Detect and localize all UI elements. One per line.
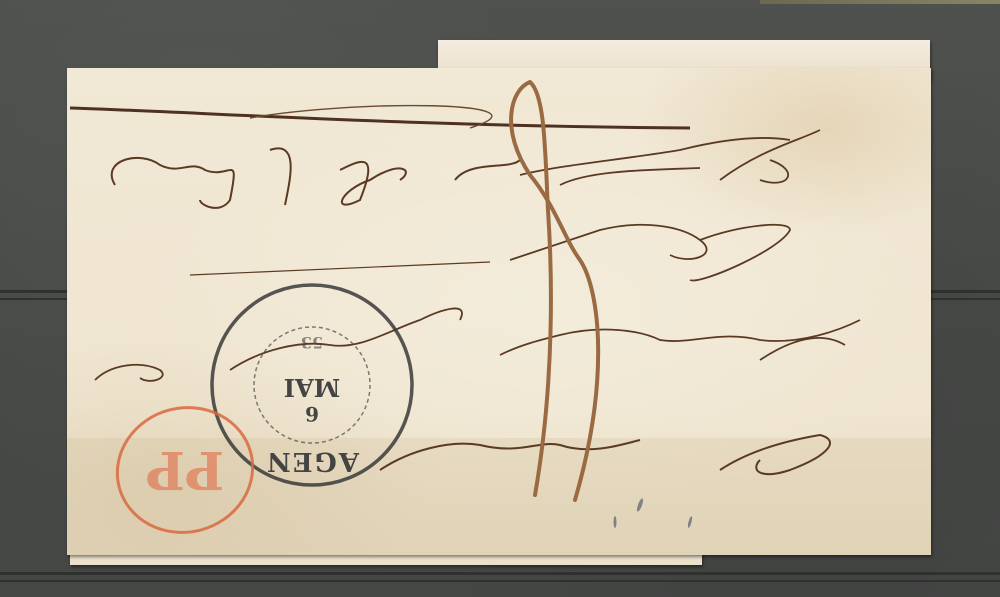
address-line-4-script xyxy=(112,148,520,207)
address-line-3-script xyxy=(190,225,790,281)
postmark-month: MAI xyxy=(284,373,340,402)
pp-oval-stamp: PP xyxy=(103,393,266,548)
address-line-1-script xyxy=(380,435,830,474)
agen-postmark: AGEN 6 MAI 53 xyxy=(212,285,412,485)
ink-smudges xyxy=(614,498,694,528)
address-line-4b-script xyxy=(520,130,820,185)
letter-markings: AGEN 6 MAI 53 PP xyxy=(0,0,1000,597)
rate-marking-8 xyxy=(511,82,598,500)
address-line-2-script xyxy=(95,308,860,380)
postmark-day: 6 xyxy=(305,402,319,426)
red-stamp-text: PP xyxy=(146,439,224,500)
postmark-town: AGEN xyxy=(265,446,360,476)
postmark-year: 53 xyxy=(301,333,323,352)
cancel-stroke xyxy=(70,108,690,128)
